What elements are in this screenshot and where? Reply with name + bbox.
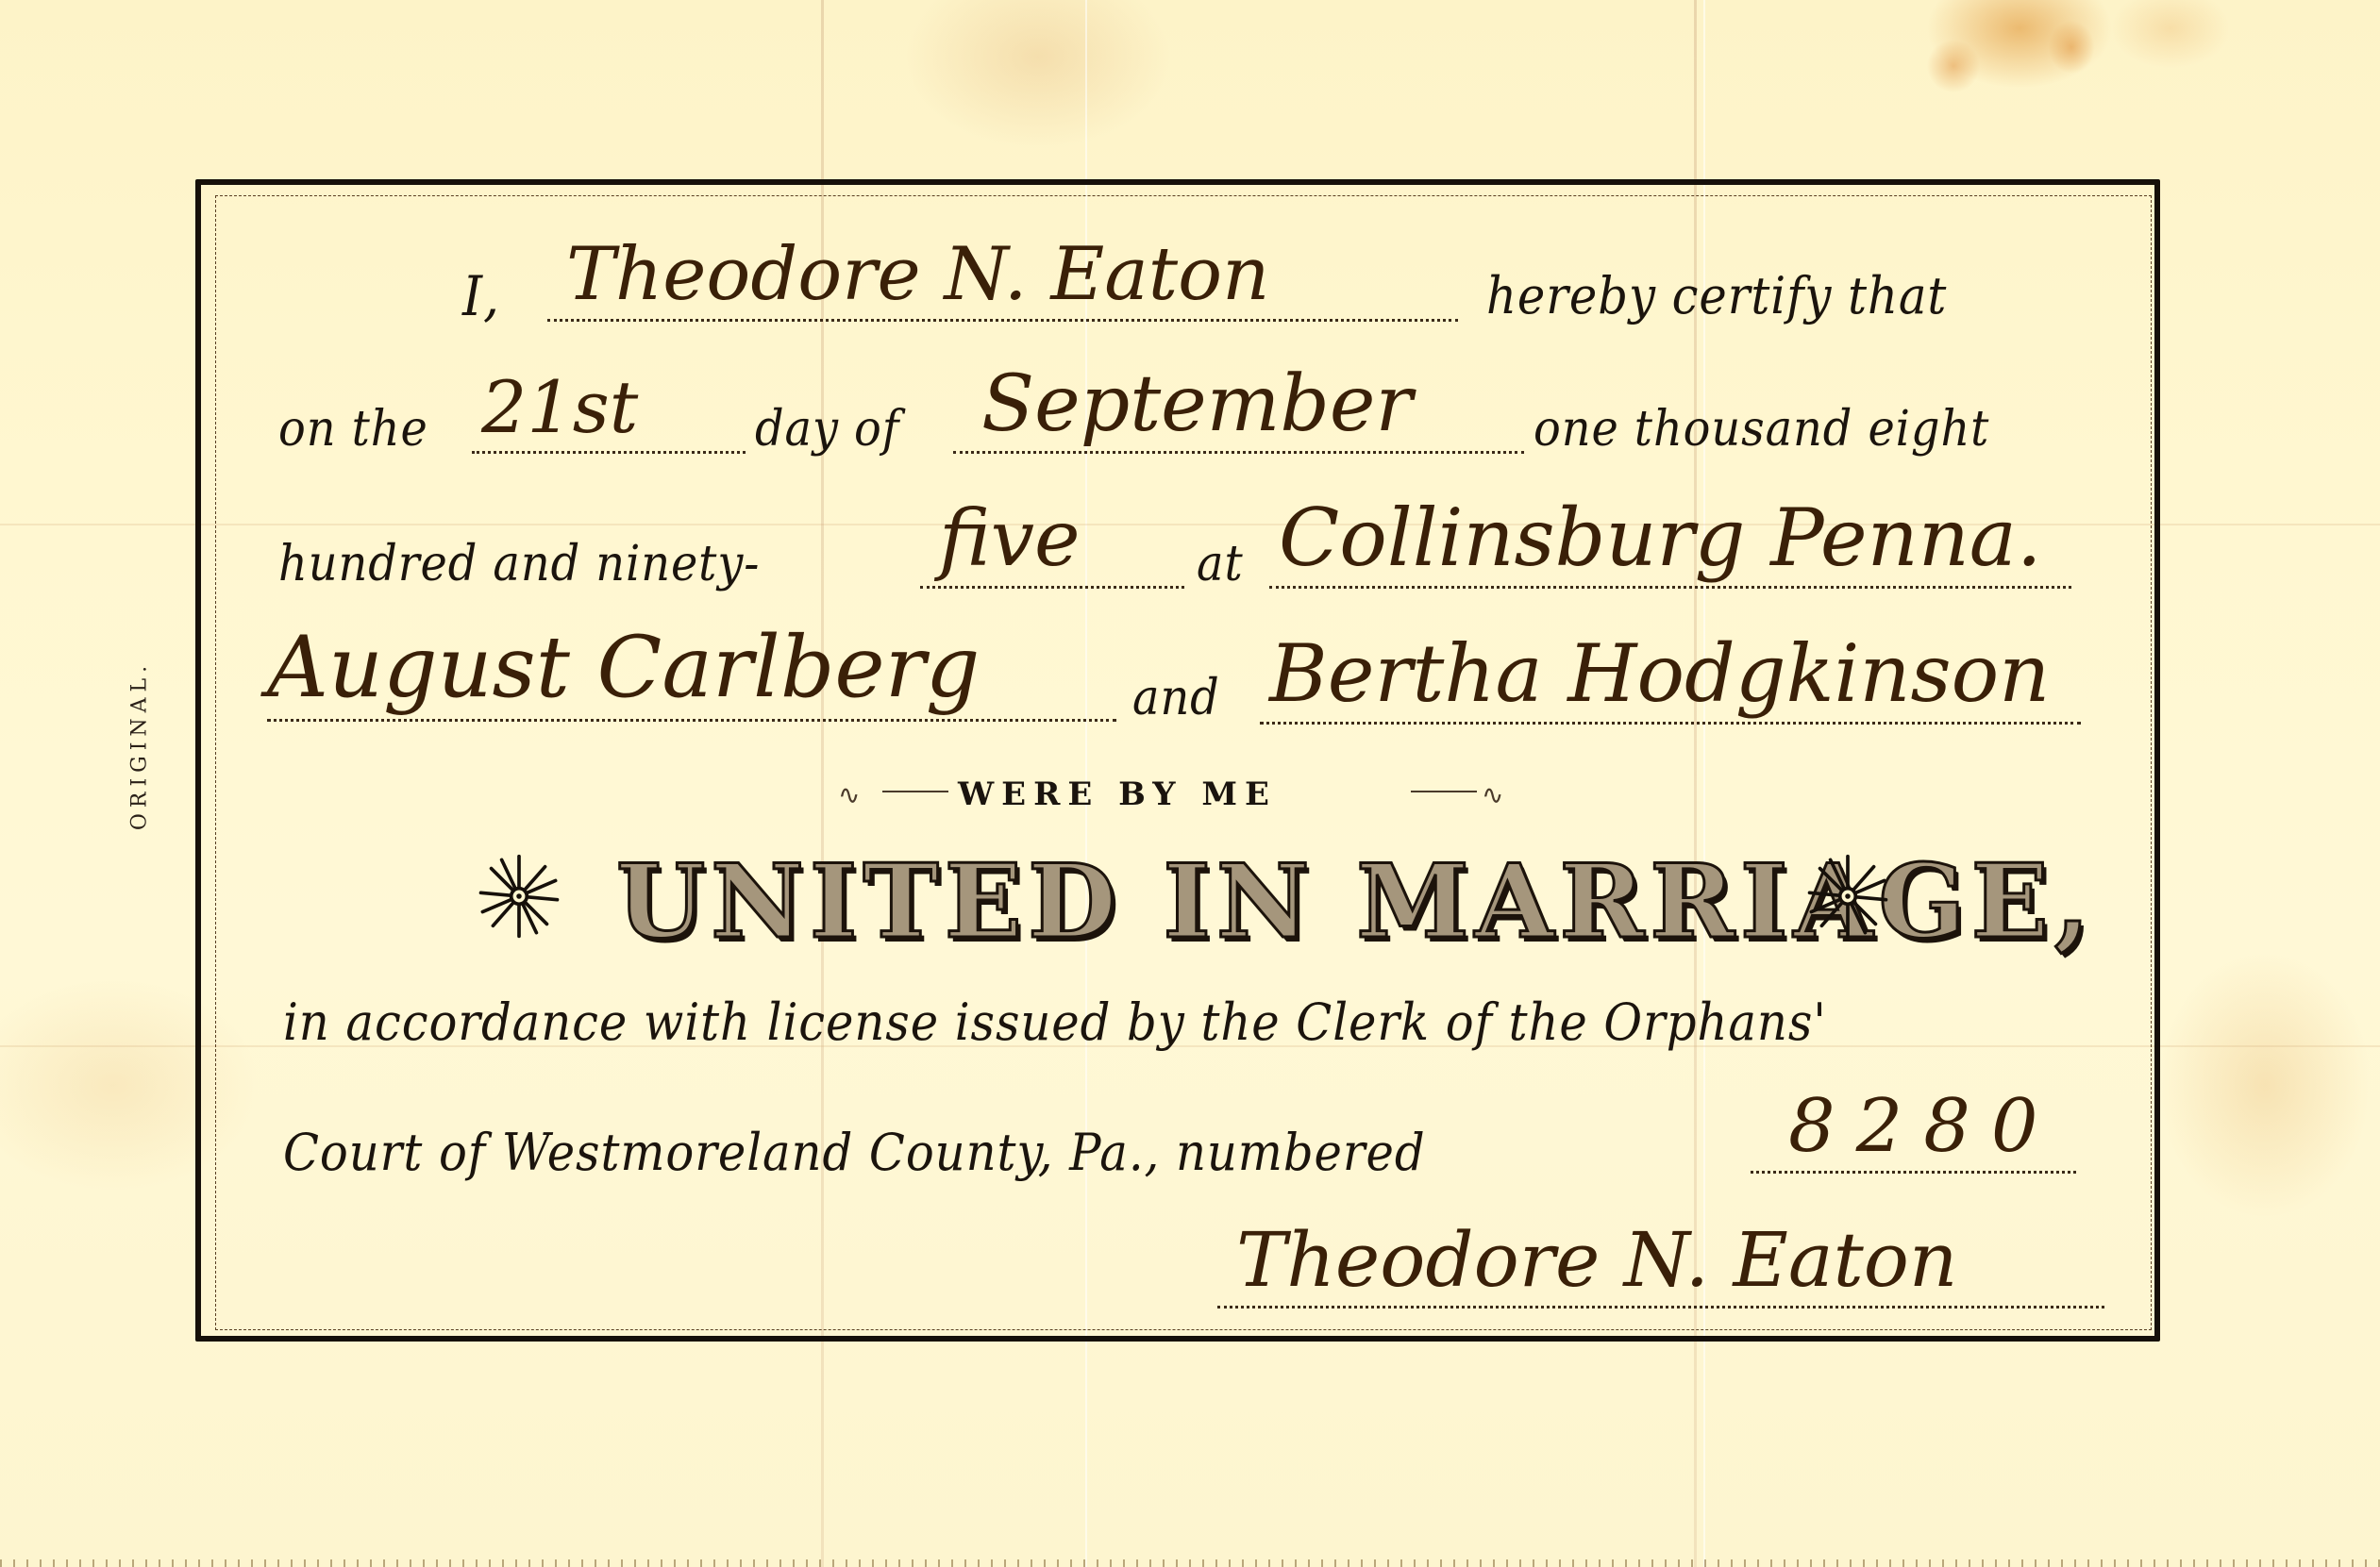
were-by-me-text: WERE BY ME [958, 775, 1277, 813]
year-word-blank: five [920, 586, 1184, 589]
bride-name-handwritten: Bertha Hodgkinson [1269, 627, 2050, 720]
line2-prefix: on the [278, 401, 428, 458]
license-number-handwritten: 8280 [1788, 1084, 2059, 1169]
license-line-2: Court of Westmoreland County, Pa., numbe… [283, 1123, 1426, 1182]
place-blank: Collinsburg Penna. [1269, 586, 2071, 589]
line2-suffix: one thousand eight [1534, 401, 1989, 458]
line2-mid: day of [755, 401, 899, 458]
flourish-left-icon: ∿ [838, 779, 860, 810]
signature-handwritten: Theodore N. Eaton [1236, 1216, 1957, 1304]
star-ornament-left-icon [476, 853, 562, 940]
signature-blank: Theodore N. Eaton [1217, 1306, 2104, 1309]
line1-prefix: I, [462, 264, 500, 328]
line1-suffix: hereby certify that [1486, 266, 1947, 325]
flourish-right-icon: ∿ [1482, 779, 1503, 810]
line3-prefix: hundred and ninety- [278, 536, 760, 592]
line4-conjunction: and [1132, 670, 1220, 726]
original-side-label: ORIGINAL. [128, 660, 152, 830]
place-handwritten: Collinsburg Penna. [1279, 492, 2042, 584]
license-line-1: in accordance with license issued by the… [283, 992, 1827, 1052]
bride-name-blank: Bertha Hodgkinson [1260, 722, 2081, 725]
scan-edge-artifact [0, 1559, 2380, 1567]
month-blank: September [953, 451, 1524, 454]
license-number-blank: 8280 [1751, 1171, 2076, 1174]
groom-name-blank: August Carlberg [267, 719, 1116, 722]
groom-name-handwritten: August Carlberg [267, 618, 980, 717]
star-ornament-right-icon [1804, 853, 1891, 940]
flourish-right-line [1411, 791, 1477, 792]
flourish-left-line [882, 791, 948, 792]
day-handwritten: 21st [481, 365, 638, 449]
officiant-name-blank: Theodore N. Eaton [547, 319, 1458, 322]
officiant-name-handwritten: Theodore N. Eaton [566, 232, 1269, 317]
year-word-handwritten: five [939, 494, 1081, 584]
day-blank: 21st [472, 451, 746, 454]
month-handwritten: September [981, 359, 1413, 449]
line3-mid: at [1197, 536, 1244, 592]
